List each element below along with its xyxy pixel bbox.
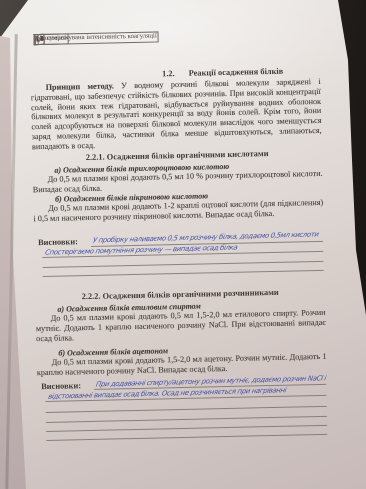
ruled-line <box>46 434 327 441</box>
sub-a-text-solvents: До 0,5 мл плазми крові додають 0,5 мл 1,… <box>36 308 327 344</box>
table-cell-label: Спостережувана інтенсивність коагуляції <box>33 31 158 45</box>
ruled-line <box>43 260 324 267</box>
section-number: 1.2. <box>162 69 175 78</box>
ruled-line <box>46 405 327 412</box>
principle-lead: Принцип методу. <box>46 81 114 91</box>
ruled-line <box>46 415 327 422</box>
results-table: ацетату (0,1М), мл pH суміші 5,3 5,0 4,7… <box>33 28 303 34</box>
page-content: ацетату (0,1М), мл pH суміші 5,3 5,0 4,7… <box>0 0 366 489</box>
conclusion-label-1: Висновки: <box>38 237 78 247</box>
ruled-line <box>43 270 324 277</box>
principle-paragraph: Принцип методу. У водному розчині білков… <box>31 77 322 152</box>
table-cell-value <box>33 34 35 45</box>
conclusion-label-2: Висновки: <box>41 381 81 391</box>
section-title: Реакції осадження білків <box>189 67 284 78</box>
ruled-line <box>46 425 327 432</box>
photo-of-document-page: ацетату (0,1М), мл pH суміші 5,3 5,0 4,7… <box>0 0 366 489</box>
